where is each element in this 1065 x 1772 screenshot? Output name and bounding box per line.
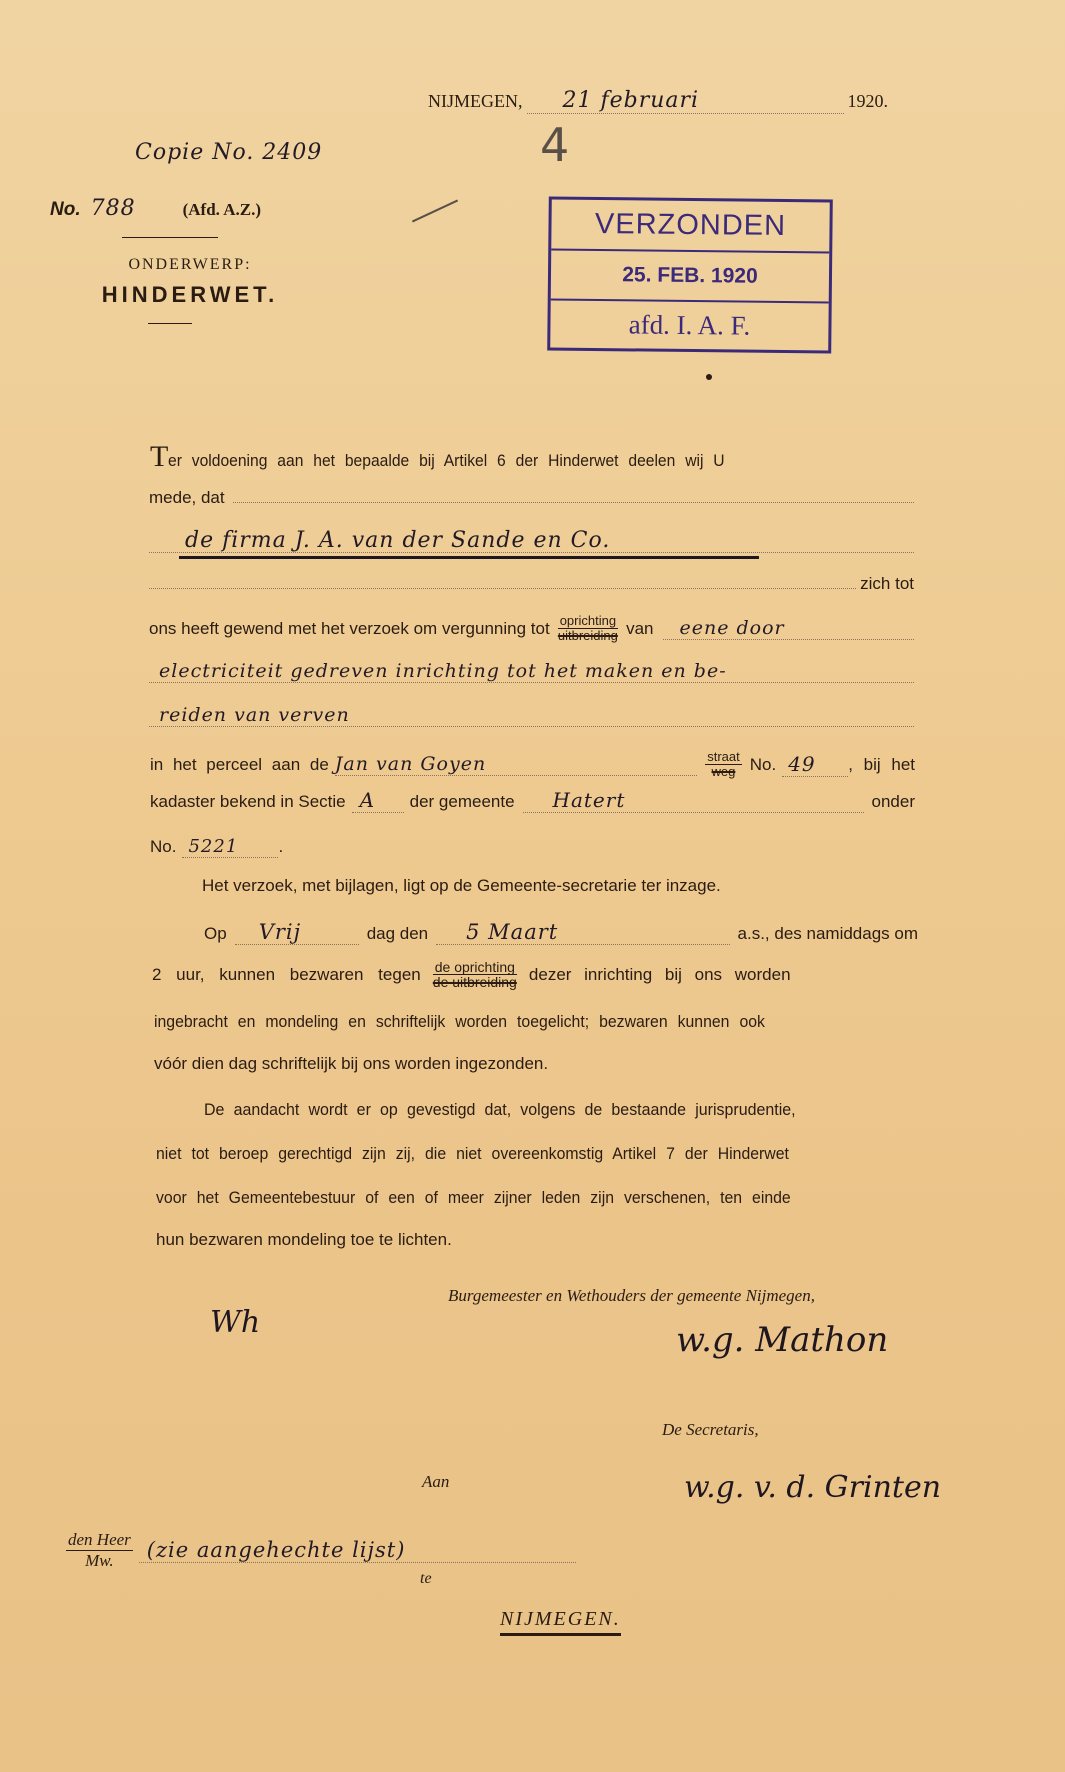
- objection-fraction: de oprichting de uitbreiding: [433, 960, 517, 989]
- hearing-date-line: Op Vrij dag den 5 Maart a.s., des namidd…: [204, 920, 918, 945]
- salutation-top: den Heer: [66, 1530, 133, 1551]
- salutation-fraction: den Heer Mw.: [66, 1530, 133, 1571]
- objection-kept: de oprichting: [433, 960, 517, 975]
- objection-line: 2 uur, kunnen bezwaren tegen de oprichti…: [152, 960, 918, 989]
- sectie-handwritten: A: [352, 788, 404, 813]
- date2-handwritten: 5 Maart: [436, 920, 729, 945]
- city-label: NIJMEGEN,: [428, 91, 523, 112]
- dotted-line: [149, 574, 856, 589]
- aandacht-line-2: niet tot beroep gerechtigd zijn zij, die…: [156, 1144, 789, 1164]
- day-handwritten: Vrij: [235, 920, 359, 945]
- parcel-end: .: [278, 837, 283, 857]
- recipient-handwritten: (zie aangehechte lijst): [139, 1538, 576, 1563]
- zich-tot-text: zich tot: [860, 574, 914, 594]
- purpose-handwritten-1: eene door: [663, 617, 914, 640]
- request-text: ons heeft gewend met het verzoek om verg…: [149, 619, 550, 639]
- purpose-handwritten-2: electriciteit gedreven inrichting tot he…: [149, 660, 914, 683]
- number-label: No.: [50, 199, 81, 221]
- van-text: van: [626, 619, 653, 639]
- recipient-line: den Heer Mw. (zie aangehechte lijst): [66, 1530, 576, 1571]
- firm-line: de firma J. A. van der Sande en Co.: [149, 528, 914, 553]
- authority-text: Burgemeester en Wethouders der gemeente …: [448, 1286, 815, 1306]
- secretary-signature: w.g. v. d. Grinten: [684, 1470, 941, 1505]
- dag-den-text: dag den: [367, 924, 428, 944]
- parcel-label: No.: [150, 837, 176, 857]
- blank-line: [233, 488, 914, 503]
- perceel-text: in het perceel aan de: [150, 755, 329, 775]
- firm-underline: [179, 556, 759, 559]
- objection-struck: de uitbreiding: [433, 975, 517, 989]
- date-handwritten: 21 februari: [527, 88, 844, 114]
- document-page: 4 Copie No. 2409 No. 788 (Afd. A.Z.) OND…: [0, 0, 1065, 1772]
- mayor-signature: w.g. Mathon: [676, 1320, 888, 1360]
- aandacht-line-3: voor het Gemeentebestuur of een of meer …: [156, 1188, 791, 1208]
- request-line: ons heeft gewend met het verzoek om verg…: [149, 614, 914, 643]
- sent-stamp: VERZONDEN 25. FEB. 1920 afd. I. A. F.: [547, 197, 833, 354]
- parcel-line: No. 5221 .: [150, 836, 283, 858]
- pencil-mark-number: 4: [540, 118, 569, 172]
- gemeente-handwritten: Hatert: [523, 788, 864, 813]
- aandacht-line-1: De aandacht wordt er op gevestigd dat, v…: [204, 1100, 796, 1120]
- option-struck: uitbreiding: [558, 629, 618, 643]
- intro-text: er voldoening aan het bepaalde bij Artik…: [168, 451, 725, 471]
- paragraph-intro: Ter voldoening aan het bepaalde bij Arti…: [150, 440, 930, 474]
- divider: [148, 323, 192, 324]
- street-fraction: straat weg: [705, 750, 742, 779]
- number-handwritten: 788: [91, 196, 161, 221]
- divider: [122, 237, 218, 238]
- street-handwritten: Jan van Goyen: [335, 753, 697, 776]
- dezer-text: dezer inrichting bij ons worden: [529, 965, 791, 985]
- op-text: Op: [204, 924, 227, 944]
- perceel-line: in het perceel aan de Jan van Goyen stra…: [150, 750, 915, 779]
- house-no-handwritten: 49: [782, 752, 848, 777]
- house-no-label: No.: [750, 755, 776, 775]
- mede-dat-label: mede, dat: [149, 488, 225, 508]
- voor-dien-dag-text: vóór dien dag schriftelijk bij ons worde…: [154, 1054, 548, 1074]
- ingebracht-text: ingebracht en mondeling en schriftelijk …: [154, 1012, 879, 1032]
- subject-label: ONDERWERP:: [40, 256, 340, 274]
- onder-text: onder: [872, 792, 915, 812]
- street-struck: weg: [712, 765, 736, 779]
- gemeente-text: der gemeente: [410, 792, 515, 812]
- option-fraction: oprichting uitbreiding: [558, 614, 618, 643]
- purpose-handwritten-3: reiden van verven: [149, 704, 914, 727]
- ink-dot: [706, 374, 712, 380]
- option-kept: oprichting: [558, 614, 618, 629]
- pencil-check-mark: [412, 200, 458, 223]
- date-line: NIJMEGEN, 21 februari 1920.: [428, 88, 888, 114]
- year: 1920.: [848, 91, 889, 112]
- street-kept: straat: [705, 750, 742, 765]
- aandacht-line-4: hun bezwaren mondeling toe te lichten.: [156, 1230, 452, 1250]
- mede-dat-line: mede, dat: [149, 488, 914, 508]
- uur-text: 2 uur, kunnen bezwaren tegen: [152, 965, 421, 985]
- drop-letter: T: [150, 440, 168, 473]
- stamp-department: afd. I. A. F.: [550, 298, 829, 350]
- zich-tot-line: zich tot: [149, 574, 914, 594]
- stamp-date: 25. FEB. 1920: [551, 249, 830, 301]
- namiddags-text: a.s., des namiddags om: [738, 924, 918, 944]
- initials-handwritten: Wh: [210, 1305, 260, 1340]
- secretary-label: De Secretaris,: [662, 1420, 759, 1440]
- firm-handwritten: de firma J. A. van der Sande en Co.: [185, 528, 610, 553]
- department-label: (Afd. A.Z.): [183, 200, 261, 220]
- inzage-text: Het verzoek, met bijlagen, ligt op de Ge…: [202, 876, 721, 896]
- salutation-bottom: Mw.: [85, 1551, 114, 1571]
- kadaster-text: kadaster bekend in Sectie: [150, 792, 346, 812]
- subject-title: HINDERWET.: [40, 282, 340, 308]
- kadaster-line: kadaster bekend in Sectie A der gemeente…: [150, 788, 915, 813]
- parcel-handwritten: 5221: [182, 836, 278, 858]
- te-label: te: [420, 1570, 432, 1588]
- stamp-title: VERZONDEN: [551, 200, 830, 252]
- aan-label: Aan: [422, 1472, 449, 1492]
- reference-number: No. 788 (Afd. A.Z.): [50, 196, 261, 221]
- copy-number-handwritten: Copie No. 2409: [135, 140, 322, 165]
- bij-het-text: , bij het: [848, 755, 915, 775]
- address-city: NIJMEGEN.: [500, 1608, 621, 1636]
